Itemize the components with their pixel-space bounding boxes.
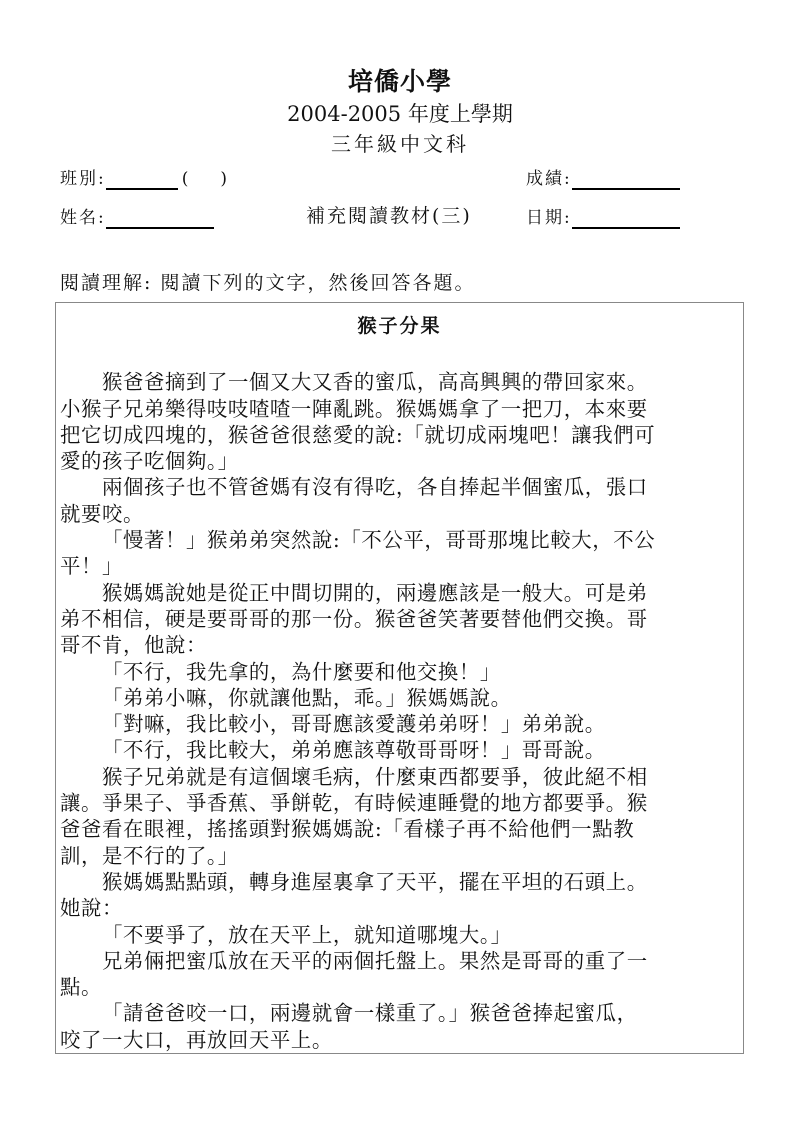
date-field: 日期: xyxy=(526,207,680,229)
class-field: 班別: () xyxy=(60,168,227,190)
paren-open: ( xyxy=(182,169,189,189)
story-line: 「慢著！」猴弟弟突然說:「不公平，哥哥那塊比較大，不公 xyxy=(60,527,741,553)
instruction-text: 閱讀理解: 閱讀下列的文字，然後回答各題。 xyxy=(60,268,475,295)
story-line: 猴爸爸摘到了一個又大又香的蜜瓜，高高興興的帶回家來。 xyxy=(60,369,741,395)
story-line: 「弟弟小嘛，你就讓他點，乖。」猴媽媽說。 xyxy=(60,685,741,711)
story-line: 平！」 xyxy=(60,553,741,579)
story-line: 弟不相信，硬是要哥哥的那一份。猴爸爸笑著要替他們交換。哥 xyxy=(60,606,741,632)
story-line: 「不行，我比較大，弟弟應該尊敬哥哥呀！」哥哥說。 xyxy=(60,737,741,763)
story-line: 就要咬。 xyxy=(60,501,741,527)
story-line: 猴媽媽說她是從正中間切開的，兩邊應該是一般大。可是弟 xyxy=(60,580,741,606)
material-title: 補充閱讀教材(三) xyxy=(306,205,472,227)
story-line: 猴媽媽點點頭，轉身進屋裏拿了天平，擺在平坦的石頭上。 xyxy=(60,869,741,895)
date-blank[interactable] xyxy=(572,209,680,229)
story-line: 小猴子兄弟樂得吱吱喳喳一陣亂跳。猴媽媽拿了一把刀，本來要 xyxy=(60,396,741,422)
story-line: 「不要爭了，放在天平上，就知道哪塊大。」 xyxy=(60,922,741,948)
story-line: 「對嘛，我比較小，哥哥應該愛護弟弟呀！」弟弟說。 xyxy=(60,711,741,737)
date-label: 日期: xyxy=(526,207,572,229)
story-line: 把它切成四塊的，猴爸爸很慈愛的說:「就切成兩塊吧！讓我們可 xyxy=(60,422,741,448)
story-box: 猴子分果 猴爸爸摘到了一個又大又香的蜜瓜，高高興興的帶回家來。小猴子兄弟樂得吱吱… xyxy=(55,302,744,1054)
school-name: 培僑小學 xyxy=(0,62,800,98)
story-line: 「請爸爸咬一口，兩邊就會一樣重了。」猴爸爸捧起蜜瓜， xyxy=(60,1000,741,1026)
story-line: 點。 xyxy=(60,974,741,1000)
paren-close: ) xyxy=(220,169,227,189)
story-body: 猴爸爸摘到了一個又大又香的蜜瓜，高高興興的帶回家來。小猴子兄弟樂得吱吱喳喳一陣亂… xyxy=(60,343,741,1053)
name-field: 姓名: xyxy=(60,207,214,229)
story-title: 猴子分果 xyxy=(56,311,743,338)
story-line: 猴子兄弟就是有這個壞毛病，什麼東西都要爭，彼此絕不相 xyxy=(60,764,741,790)
name-label: 姓名: xyxy=(60,207,106,229)
term-title: 2004-2005 年度上學期 xyxy=(0,98,800,128)
story-line: 咬了一大口，再放回天平上。 xyxy=(60,1027,741,1053)
grade-field: 成績: xyxy=(526,168,680,190)
class-blank[interactable] xyxy=(106,170,178,190)
class-number-paren[interactable]: () xyxy=(182,168,227,190)
story-line: 兩個孩子也不管爸媽有沒有得吃，各自捧起半個蜜瓜，張口 xyxy=(60,474,741,500)
grade-label: 成績: xyxy=(526,168,572,190)
story-line: 「不行，我先拿的，為什麼要和他交換！」 xyxy=(60,659,741,685)
class-label: 班別: xyxy=(60,168,106,190)
grade-blank[interactable] xyxy=(572,170,680,190)
story-line: 訓，是不行的了。」 xyxy=(60,843,741,869)
name-blank[interactable] xyxy=(106,209,214,229)
story-line: 爸爸看在眼裡，搖搖頭對猴媽媽說:「看樣子再不給他們一點教 xyxy=(60,816,741,842)
story-line: 愛的孩子吃個夠。」 xyxy=(60,448,741,474)
story-line: 她說： xyxy=(60,895,741,921)
story-line: 兄弟倆把蜜瓜放在天平的兩個托盤上。果然是哥哥的重了一 xyxy=(60,948,741,974)
story-line: 讓。爭果子、爭香蕉、爭餅乾，有時候連睡覺的地方都要爭。猴 xyxy=(60,790,741,816)
story-line: 哥不肯，他說： xyxy=(60,632,741,658)
subject-title: 三年級中文科 xyxy=(0,128,800,157)
